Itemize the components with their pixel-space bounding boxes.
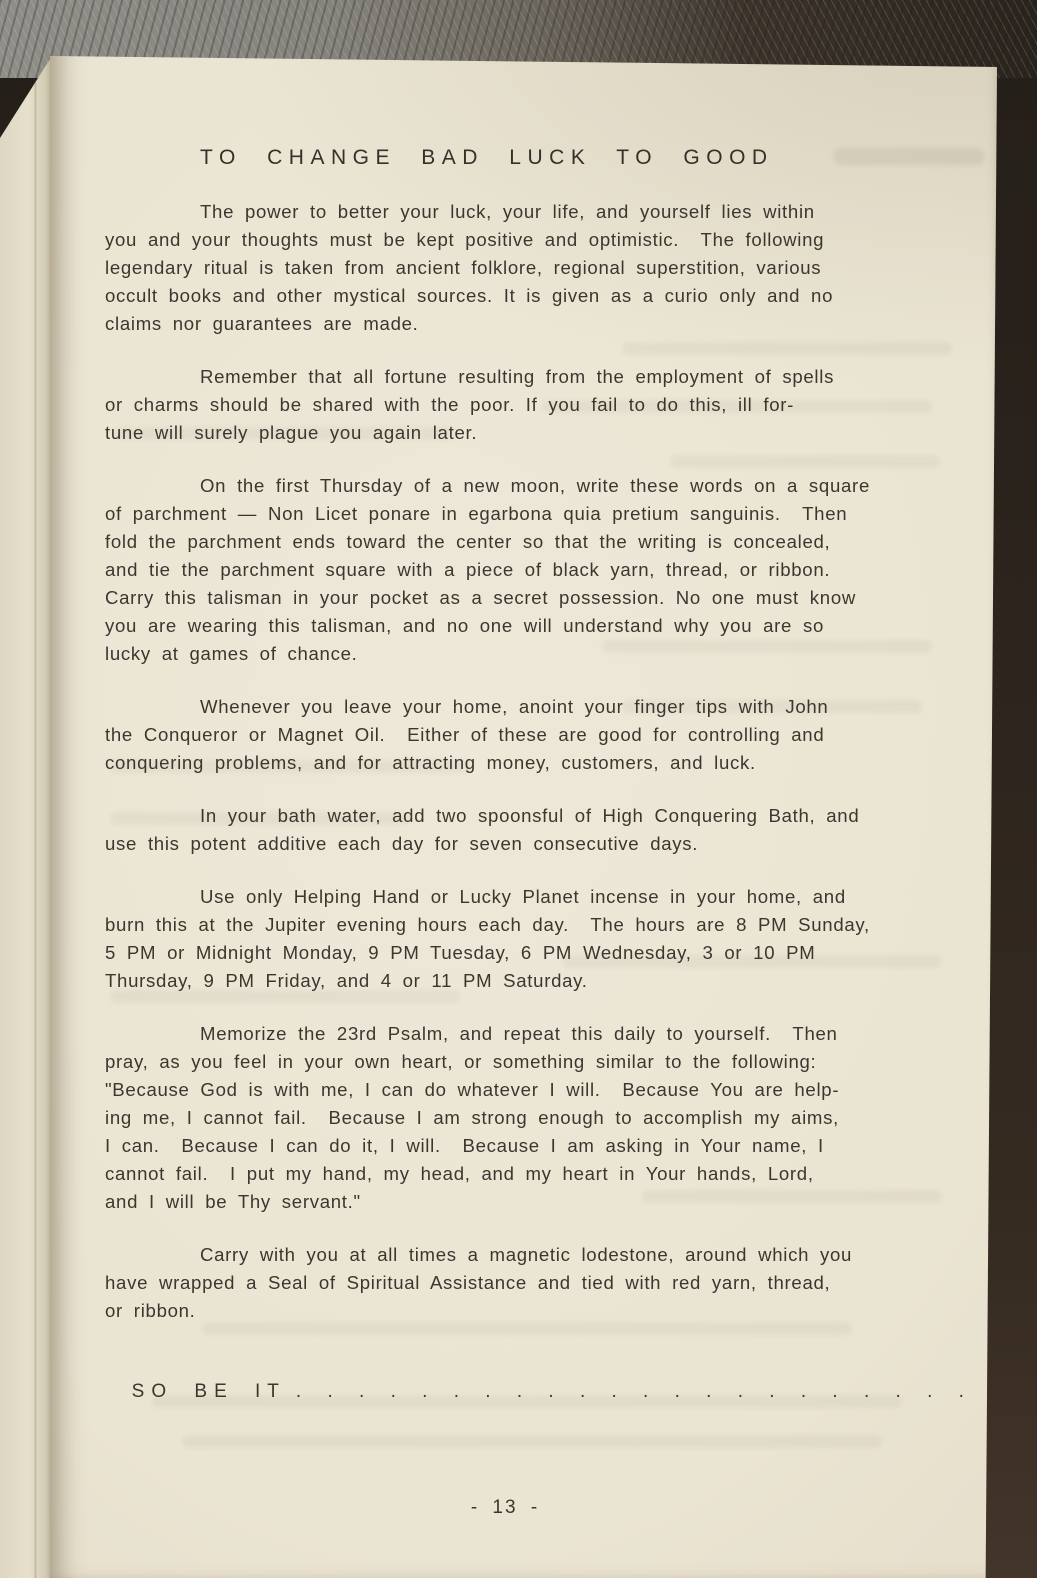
- body-paragraphs: The power to better your luck, your life…: [105, 198, 961, 1325]
- text-line: "Because God is with me, I can do whatev…: [105, 1076, 961, 1104]
- text-line: lucky at games of chance.: [105, 640, 961, 668]
- text-line: conquering problems, and for attracting …: [105, 749, 961, 777]
- text-line: and I will be Thy servant.": [105, 1188, 961, 1216]
- page-number: - 13 -: [105, 1497, 905, 1519]
- text-line: The power to better your luck, your life…: [105, 198, 961, 226]
- text-line: of parchment — Non Licet ponare in egarb…: [105, 500, 961, 528]
- text-line: use this potent additive each day for se…: [105, 830, 961, 858]
- paragraph: Memorize the 23rd Psalm, and repeat this…: [105, 1020, 961, 1216]
- text-line: burn this at the Jupiter evening hours e…: [105, 911, 961, 939]
- page-crease: [34, 0, 37, 1578]
- text-line: On the first Thursday of a new moon, wri…: [105, 472, 961, 500]
- text-line: Thursday, 9 PM Friday, and 4 or 11 PM Sa…: [105, 967, 961, 995]
- book-page: TO CHANGE BAD LUCK TO GOOD The power to …: [50, 0, 997, 1578]
- paragraph: Use only Helping Hand or Lucky Planet in…: [105, 883, 961, 995]
- text-line: tune will surely plague you again later.: [105, 419, 961, 447]
- underlying-page-edge: [0, 0, 52, 1578]
- text-line: occult books and other mystical sources.…: [105, 282, 961, 310]
- text-line: fold the parchment ends toward the cente…: [105, 528, 961, 556]
- paragraph: Remember that all fortune resulting from…: [105, 363, 961, 447]
- text-line: Carry this talisman in your pocket as a …: [105, 584, 961, 612]
- text-line: Memorize the 23rd Psalm, and repeat this…: [105, 1020, 961, 1048]
- paragraph: Carry with you at all times a magnetic l…: [105, 1241, 961, 1325]
- text-line: you and your thoughts must be kept posit…: [105, 226, 961, 254]
- text-line: ing me, I cannot fail. Because I am stro…: [105, 1104, 961, 1132]
- text-line: I can. Because I can do it, I will. Beca…: [105, 1132, 961, 1160]
- text-line: have wrapped a Seal of Spiritual Assista…: [105, 1269, 961, 1297]
- text-line: Use only Helping Hand or Lucky Planet in…: [105, 883, 961, 911]
- so-be-it-dots: . . . . . . . . . . . . . . . . . . . . …: [296, 1381, 1008, 1402]
- text-line: In your bath water, add two spoonsful of…: [105, 802, 961, 830]
- text-line: and tie the parchment square with a piec…: [105, 556, 961, 584]
- text-line: the Conqueror or Magnet Oil. Either of t…: [105, 721, 961, 749]
- text-line: Carry with you at all times a magnetic l…: [105, 1241, 961, 1269]
- paragraph: Whenever you leave your home, anoint you…: [105, 693, 961, 777]
- paragraph: The power to better your luck, your life…: [105, 198, 961, 338]
- text-line: legendary ritual is taken from ancient f…: [105, 254, 961, 282]
- text-line: or charms should be shared with the poor…: [105, 391, 961, 419]
- text-line: 5 PM or Midnight Monday, 9 PM Tuesday, 6…: [105, 939, 961, 967]
- text-line: claims nor guarantees are made.: [105, 310, 961, 338]
- text-line: cannot fail. I put my hand, my head, and…: [105, 1160, 961, 1188]
- page-content: TO CHANGE BAD LUCK TO GOOD The power to …: [105, 143, 961, 1519]
- text-line: you are wearing this talisman, and no on…: [105, 612, 961, 640]
- paragraph: On the first Thursday of a new moon, wri…: [105, 472, 961, 668]
- text-line: pray, as you feel in your own heart, or …: [105, 1048, 961, 1076]
- text-line: or ribbon.: [105, 1297, 961, 1325]
- text-line: Remember that all fortune resulting from…: [105, 363, 961, 391]
- text-line: Whenever you leave your home, anoint you…: [105, 693, 961, 721]
- paragraph: In your bath water, add two spoonsful of…: [105, 802, 961, 858]
- so-be-it-text: SO BE IT: [132, 1381, 286, 1402]
- so-be-it-line: SO BE IT. . . . . . . . . . . . . . . . …: [105, 1350, 961, 1435]
- page-title: TO CHANGE BAD LUCK TO GOOD: [200, 143, 961, 173]
